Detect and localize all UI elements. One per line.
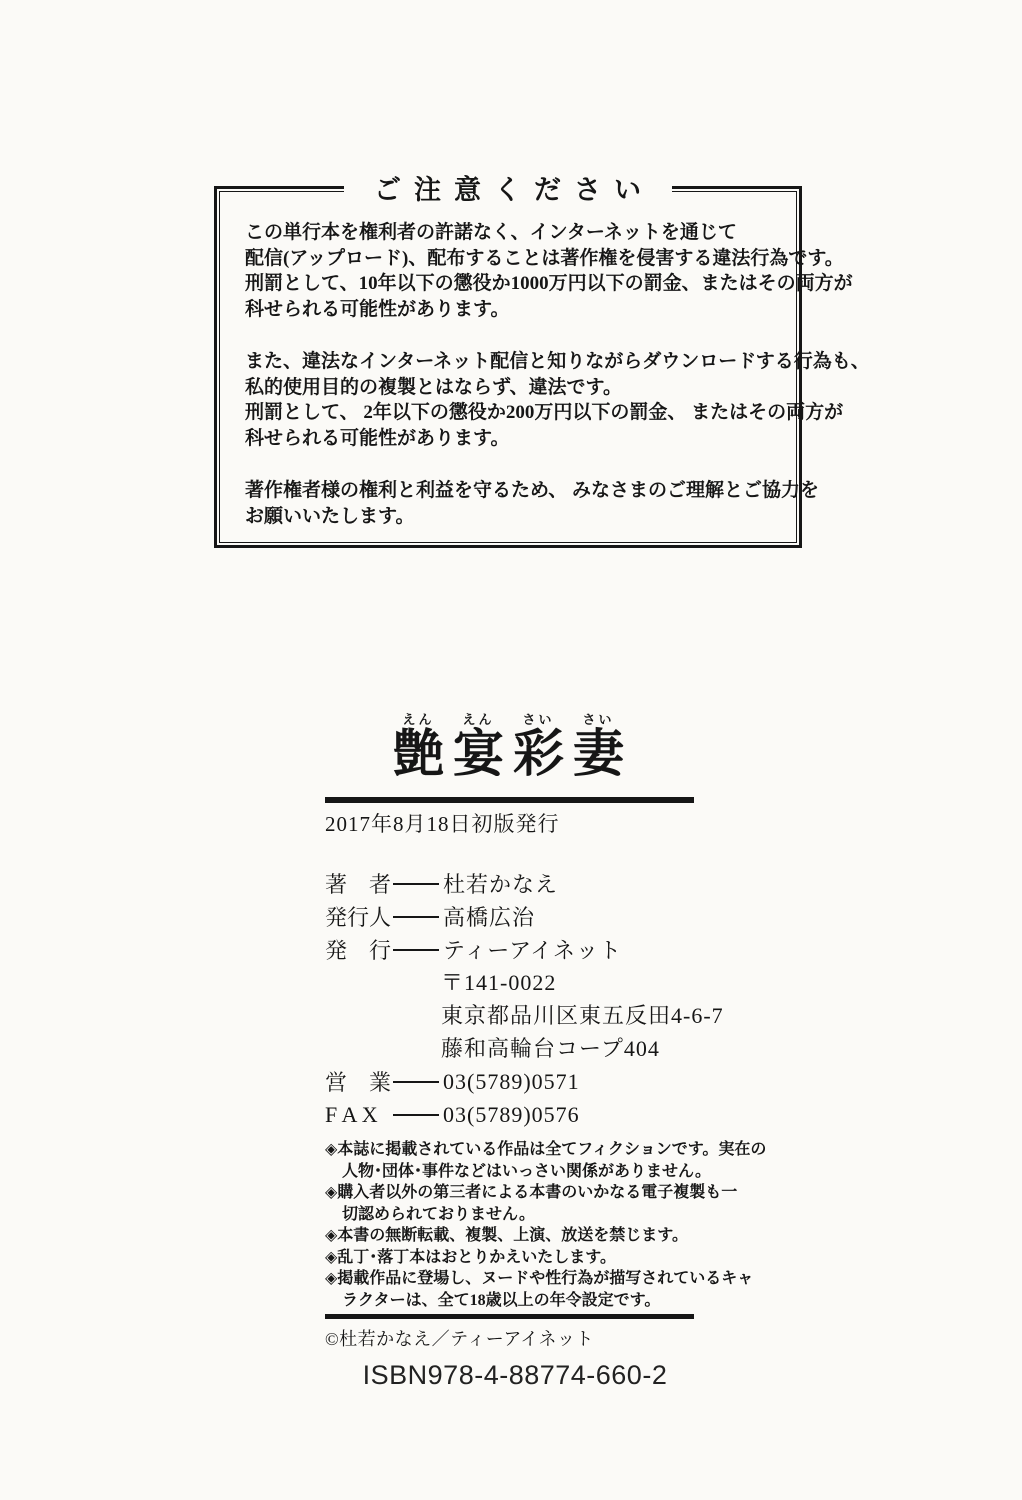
title-char: えん 艶 — [393, 712, 444, 783]
colophon-column: えん 艶 えん 宴 さい 彩 さい 妻 2017年8月18日初版発行 著 者 杜… — [325, 712, 705, 1391]
furigana: えん — [463, 712, 495, 728]
row-value: 03(5789)0576 — [441, 1102, 580, 1128]
colophon-row-sales-phone: 営 業 03(5789)0571 — [325, 1065, 705, 1098]
notice-line: 人物･団体･事件などはいっさい関係がありません。 — [325, 1161, 705, 1183]
warning-line: 著作権者様の権利と利益を守るため、 みなさまのご理解とご協力を — [245, 480, 819, 501]
footer-divider-rule — [325, 1314, 694, 1319]
furigana: さい — [523, 712, 555, 728]
dash-rule — [393, 883, 439, 885]
warning-line: 刑罰として、10年以下の懲役か1000万円以下の罰金、またはその両方が — [245, 273, 853, 294]
isbn-number: ISBN978-4-88774-660-2 — [325, 1360, 705, 1391]
notice-line: ラクターは、全て18歳以上の年令設定です。 — [325, 1290, 705, 1312]
colophon-row-publisher-person: 発行人 高橋広治 — [325, 900, 705, 933]
warning-paragraph-download: また、違法なインターネット配信と知りながらダウンロードする行為も、 私的使用目的… — [245, 349, 781, 451]
publication-details: 著 者 杜若かなえ 発行人 高橋広治 発 行 ティーアイネット 〒141-002… — [325, 867, 705, 1131]
dash-rule — [393, 916, 439, 918]
warning-paragraph-request: 著作権者様の権利と利益を守るため、 みなさまのご理解とご協力を お願いいたします… — [245, 478, 781, 529]
notice-line: ◈掲載作品に登場し、ヌードや性行為が描写されているキャ — [325, 1268, 705, 1290]
copyright-line: ©杜若かなえ／ティーアイネット — [325, 1325, 705, 1351]
dash-rule — [393, 949, 439, 951]
furigana: えん — [403, 712, 435, 728]
row-value: 高橋広治 — [441, 901, 535, 932]
notice-line: ◈購入者以外の第三者による本書のいかなる電子複製も一 — [325, 1182, 705, 1204]
row-value: 杜若かなえ — [441, 868, 558, 899]
warning-box-body: この単行本を権利者の許諾なく、インターネットを通じて 配信(アップロード)、配布… — [217, 189, 799, 529]
dash-rule — [393, 1081, 439, 1083]
row-label: 発行人 — [325, 901, 393, 932]
warning-line: この単行本を権利者の許諾なく、インターネットを通じて — [245, 222, 737, 243]
title-char: さい 彩 — [513, 712, 564, 783]
colophon-row-author: 著 者 杜若かなえ — [325, 867, 705, 900]
legal-notices: ◈本誌に掲載されている作品は全てフィクションです。実在の 人物･団体･事件などは… — [325, 1139, 705, 1311]
colophon-page: ご注意ください この単行本を権利者の許諾なく、インターネットを通じて 配信(アッ… — [0, 0, 1022, 1500]
copyright-warning-box: ご注意ください この単行本を権利者の許諾なく、インターネットを通じて 配信(アッ… — [214, 186, 802, 548]
title-kanji: 妻 — [573, 728, 624, 783]
warning-box-title: ご注意ください — [344, 168, 672, 207]
warning-paragraph-upload: この単行本を権利者の許諾なく、インターネットを通じて 配信(アップロード)、配布… — [245, 220, 781, 322]
notice-line: ◈本誌に掲載されている作品は全てフィクションです。実在の — [325, 1139, 705, 1161]
row-value: ティーアイネット — [441, 934, 622, 965]
notice-line: 切認められておりません。 — [325, 1204, 705, 1226]
colophon-row-fax: F A X 03(5789)0576 — [325, 1098, 705, 1131]
warning-line: お願いいたします。 — [245, 506, 414, 527]
title-divider-rule — [325, 797, 694, 803]
title-char: えん 宴 — [453, 712, 504, 783]
title-kanji: 宴 — [453, 728, 504, 783]
colophon-row-publisher: 発 行 ティーアイネット — [325, 933, 705, 966]
row-label: F A X — [325, 1102, 393, 1128]
warning-line: 私的使用目的の複製とはならず、違法です。 — [245, 377, 622, 398]
publisher-address-line: 東京都品川区東五反田4-6-7 — [441, 999, 705, 1032]
title-kanji: 彩 — [513, 728, 564, 783]
row-label: 著 者 — [325, 868, 393, 899]
warning-line: 科せられる可能性があります。 — [245, 428, 509, 449]
title-kanji: 艶 — [393, 728, 444, 783]
dash-rule — [393, 1114, 439, 1116]
notice-line: ◈本書の無断転載、複製、上演、放送を禁じます。 — [325, 1225, 705, 1247]
warning-line: 科せられる可能性があります。 — [245, 299, 509, 320]
warning-line: また、違法なインターネット配信と知りながらダウンロードする行為も、 — [245, 351, 870, 372]
row-label: 発 行 — [325, 934, 393, 965]
publisher-address-line: 藤和高輪台コープ404 — [441, 1032, 705, 1065]
publisher-postal-code: 〒141-0022 — [441, 966, 705, 999]
notice-line: ◈乱丁･落丁本はおとりかえいたします。 — [325, 1247, 705, 1269]
book-title: えん 艶 えん 宴 さい 彩 さい 妻 — [393, 712, 705, 783]
furigana: さい — [583, 712, 615, 728]
title-char: さい 妻 — [573, 712, 624, 783]
warning-line: 刑罰として、 2年以下の懲役か200万円以下の罰金、 またはその両方が — [245, 402, 843, 423]
edition-date: 2017年8月18日初版発行 — [325, 808, 705, 838]
warning-line: 配信(アップロード)、配布することは著作権を侵害する違法行為です。 — [245, 248, 844, 269]
row-value: 03(5789)0571 — [441, 1069, 580, 1095]
row-label: 営 業 — [325, 1066, 393, 1097]
